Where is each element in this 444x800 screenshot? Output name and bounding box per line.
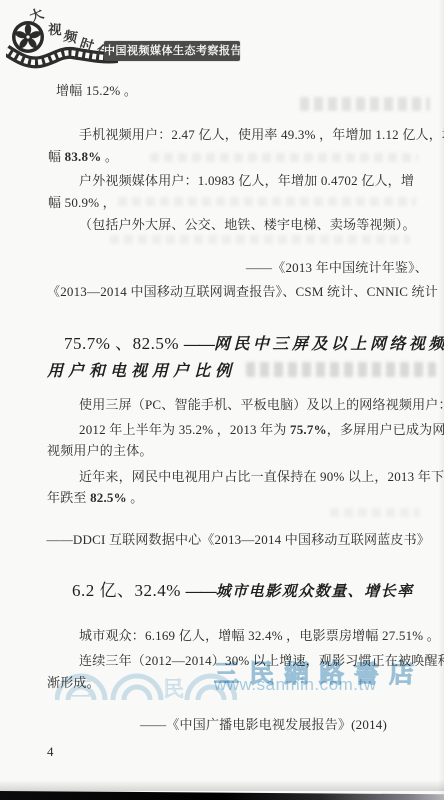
body-line-mobile-2: 幅 83.8% 。 (48, 146, 118, 165)
sanmin-watermark-url: www.sanmin.com.tw (214, 675, 376, 695)
text-segment: ，多屏用户已成为网络 (327, 422, 444, 437)
bold-statistic: 83.8% (65, 149, 102, 164)
body-line-tv-2: 年跌至 82.5% 。 (47, 487, 143, 506)
page-bleedthrough (110, 235, 410, 244)
body-line-intro-tail: 增幅 15.2% 。 (56, 80, 137, 99)
text-segment: 。 (101, 149, 118, 164)
logo-char: 频 (62, 28, 79, 45)
heading-numbers: 6.2 亿、32.4% (72, 581, 186, 600)
watermark-char: 三 (71, 677, 92, 701)
body-line-threescreen-1: 使用三屏（PC、智能手机、平板电脑）及以上的网络视频用户： (79, 394, 444, 413)
page-bleedthrough (330, 508, 420, 517)
heading-dash: —— (184, 336, 214, 353)
source-citation-1a: ——《2013 年中国统计年鉴》、 (246, 257, 428, 276)
bold-statistic: 82.5% (90, 490, 127, 505)
page-bleedthrough (118, 197, 416, 206)
section-heading-1: 75.7% 、82.5% ——网民中三屏及以上网络视频 (64, 329, 444, 354)
page-bleedthrough (150, 153, 418, 162)
film-reel-logo: 大 视 频 时 代 (6, 6, 118, 76)
heading-text: 网民中三屏及以上网络视频 (214, 336, 444, 353)
body-line-threescreen-3: 视频用户的主体。 (47, 440, 153, 459)
body-line-mobile-1: 手机视频用户：2.47 亿人，使用率 49.3% ，年增加 1.12 亿人，增 (79, 124, 444, 143)
section-heading-1-line2: 用户和电视用户比例 (47, 358, 236, 381)
text-segment: 。 (127, 490, 144, 505)
source-citation-1b: 《2013—2014 中国移动互联网调查报告》、CSM 统计、CNNIC 统计 (47, 281, 438, 300)
body-line-cinema-1: 城市观众：6.169 亿人，增幅 32.4% ，电影票房增幅 27.51% 。 (79, 625, 440, 644)
source-citation-2: ——DDCI 互联网数据中心《2013—2014 中国移动互联网蓝皮书》 (47, 529, 430, 548)
film-reel-icon (12, 21, 44, 53)
page-right-edge-shade (438, 0, 444, 800)
logo-char: 视 (47, 21, 63, 38)
text-segment: 幅 (48, 149, 65, 164)
sanmin-watermark-logo: 三 民 (55, 648, 237, 702)
body-line-outdoor-2: 幅 50.9% ， (48, 192, 116, 211)
body-line-outdoor-1: 户外视频媒体用户：1.0983 亿人，年增加 0.4702 亿人，增 (79, 170, 414, 189)
section-heading-2: 6.2 亿、32.4% ——城市电影观众数量、增长率 (72, 576, 414, 601)
text-segment: 年跌至 (47, 490, 90, 505)
heading-text: 用户和电视用户比例 (47, 363, 236, 380)
watermark-char: 民 (163, 677, 184, 701)
book-page-scan: 大 视 频 时 代 中国视频媒体生态考察报告 增幅 15.2% 。 手机视频用户… (0, 0, 444, 800)
report-title-banner: 中国视频媒体生态考察报告 (104, 41, 240, 61)
heading-text: 城市电影观众数量、增长率 (216, 584, 414, 600)
body-line-tv-1: 近年来，网民中电视用户占比一直保持在 90% 以上，2013 年下半 (79, 466, 444, 485)
heading-dash: —— (186, 583, 216, 600)
body-line-threescreen-2: 2012 年上半年为 35.2% ，2013 年为 75.7%，多屏用户已成为网… (79, 419, 444, 438)
text-segment: 2012 年上半年为 35.2% ，2013 年为 (79, 422, 290, 437)
scan-shadow-soft (0, 780, 444, 791)
page-bleedthrough (246, 362, 436, 377)
body-line-note: （包括户外大屏、公交、地铁、楼宇电梯、卖场等视频）。 (79, 214, 416, 233)
page-number: 4 (47, 744, 54, 760)
bold-statistic: 75.7% (290, 422, 327, 437)
heading-numbers: 75.7% 、82.5% (64, 334, 184, 353)
page-bleedthrough (300, 97, 430, 111)
source-citation-3: ——《中国广播电影电视发展报告》(2014) (140, 714, 387, 733)
